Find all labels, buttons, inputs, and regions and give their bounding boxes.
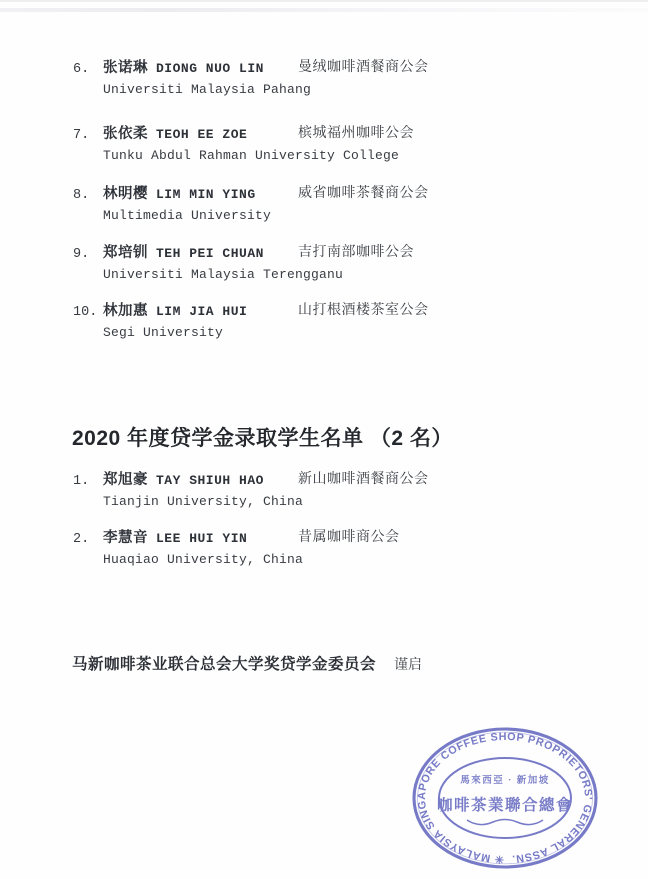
committee-name: 马新咖啡茶业联合总会大学奖贷学金委员会 bbox=[72, 652, 376, 674]
recipient-name-chinese: 林加惠 bbox=[103, 299, 148, 320]
recipient-row: 2. 李慧音 LEE HUI YIN 昔属咖啡商公会 bbox=[73, 526, 613, 547]
recipient-row: 1. 郑旭豪 TAY SHIUH HAO 新山咖啡酒餐商公会 bbox=[73, 468, 613, 489]
item-number: 6. bbox=[73, 62, 103, 77]
list-item: 1. 郑旭豪 TAY SHIUH HAO 新山咖啡酒餐商公会 Tianjin U… bbox=[73, 468, 613, 509]
recipient-name-english: LEE HUI YIN bbox=[156, 531, 247, 546]
seal-graphic: ✳ MALAYSIA SINGAPORE COFFEE SHOP PROPRIE… bbox=[405, 716, 605, 879]
list-item: 8. 林明樱 LIM MIN YING 威省咖啡茶餐商公会 Multimedia… bbox=[73, 182, 613, 223]
item-number: 9. bbox=[73, 247, 103, 262]
association-name: 威省咖啡茶餐商公会 bbox=[298, 182, 429, 202]
university-name: Universiti Malaysia Terengganu bbox=[103, 267, 613, 282]
scan-line-artifact bbox=[0, 8, 648, 12]
seal-region-text: 馬來西亞 · 新加坡 bbox=[460, 774, 549, 786]
list-item: 7. 张依柔 TEOH EE ZOE 槟城福州咖啡公会 Tunku Abdul … bbox=[73, 122, 613, 163]
university-name: Huaqiao University, China bbox=[103, 552, 613, 567]
recipient-name-english: LIM MIN YING bbox=[156, 187, 256, 202]
recipient-name-english: TEH PEI CHUAN bbox=[156, 246, 264, 261]
recipient-name-chinese: 李慧音 bbox=[103, 526, 148, 547]
recipient-name-english: LIM JIA HUI bbox=[156, 304, 247, 319]
signoff-suffix: 谨启 bbox=[394, 654, 422, 674]
recipient-name-english: TAY SHIUH HAO bbox=[156, 473, 264, 488]
recipient-name-chinese: 林明樱 bbox=[103, 182, 148, 203]
association-name: 昔属咖啡商公会 bbox=[298, 526, 400, 546]
association-name: 吉打南部咖啡公会 bbox=[298, 241, 414, 261]
scan-edge-artifact bbox=[0, 0, 648, 2]
recipient-row: 9. 郑培钏 TEH PEI CHUAN 吉打南部咖啡公会 bbox=[73, 241, 613, 262]
item-number: 10. bbox=[73, 305, 103, 320]
list-item: 9. 郑培钏 TEH PEI CHUAN 吉打南部咖啡公会 Universiti… bbox=[73, 241, 613, 282]
recipient-row: 8. 林明樱 LIM MIN YING 威省咖啡茶餐商公会 bbox=[73, 182, 613, 203]
list-item: 2. 李慧音 LEE HUI YIN 昔属咖啡商公会 Huaqiao Unive… bbox=[73, 526, 613, 567]
seal-organization-text: 咖啡茶業聯合總會 bbox=[437, 795, 573, 814]
recipient-row: 10. 林加惠 LIM JIA HUI 山打根酒楼茶室公会 bbox=[73, 299, 613, 320]
recipient-name-chinese: 张依柔 bbox=[103, 122, 148, 143]
recipient-name-chinese: 张诺琳 bbox=[103, 56, 148, 77]
university-name: Universiti Malaysia Pahang bbox=[103, 82, 613, 97]
section-heading-2020: 2020 年度贷学金录取学生名单 （2 名） bbox=[72, 422, 453, 452]
recipient-row: 7. 张依柔 TEOH EE ZOE 槟城福州咖啡公会 bbox=[73, 122, 613, 143]
item-number: 8. bbox=[73, 188, 103, 203]
university-name: Segi University bbox=[103, 325, 613, 340]
item-number: 1. bbox=[73, 474, 103, 489]
association-seal-stamp: ✳ MALAYSIA SINGAPORE COFFEE SHOP PROPRIE… bbox=[405, 716, 605, 879]
association-name: 槟城福州咖啡公会 bbox=[298, 122, 414, 142]
association-name: 曼绒咖啡酒餐商公会 bbox=[298, 56, 429, 76]
recipient-name-english: DIONG NUO LIN bbox=[156, 61, 264, 76]
recipient-name-chinese: 郑旭豪 bbox=[103, 468, 148, 489]
recipient-name-chinese: 郑培钏 bbox=[103, 241, 148, 262]
item-number: 2. bbox=[73, 532, 103, 547]
seal-flourish-decoration bbox=[467, 820, 543, 825]
recipient-row: 6. 张诺琳 DIONG NUO LIN 曼绒咖啡酒餐商公会 bbox=[73, 56, 613, 77]
university-name: Multimedia University bbox=[103, 208, 613, 223]
item-number: 7. bbox=[73, 128, 103, 143]
university-name: Tunku Abdul Rahman University College bbox=[103, 148, 613, 163]
recipient-name-english: TEOH EE ZOE bbox=[156, 127, 247, 142]
association-name: 山打根酒楼茶室公会 bbox=[298, 299, 429, 319]
scanned-document-page: 6. 张诺琳 DIONG NUO LIN 曼绒咖啡酒餐商公会 Universit… bbox=[0, 0, 648, 879]
association-name: 新山咖啡酒餐商公会 bbox=[298, 468, 429, 488]
list-item: 10. 林加惠 LIM JIA HUI 山打根酒楼茶室公会 Segi Unive… bbox=[73, 299, 613, 340]
list-item: 6. 张诺琳 DIONG NUO LIN 曼绒咖啡酒餐商公会 Universit… bbox=[73, 56, 613, 97]
university-name: Tianjin University, China bbox=[103, 494, 613, 509]
closing-signoff: 马新咖啡茶业联合总会大学奖贷学金委员会 谨启 bbox=[72, 652, 422, 674]
